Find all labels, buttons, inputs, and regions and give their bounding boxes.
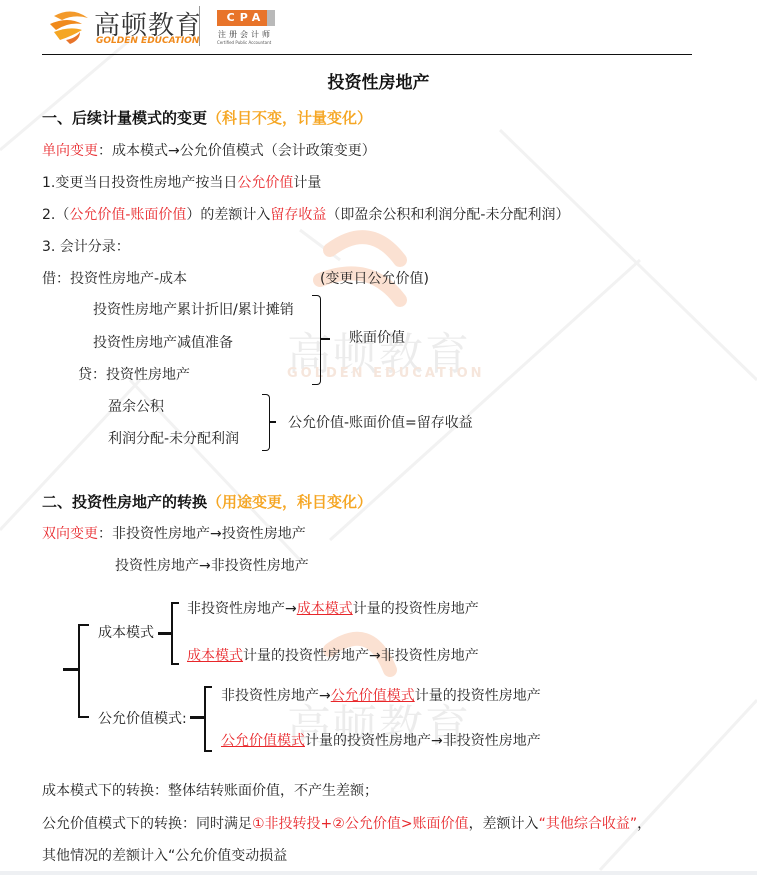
row-highlight: 公允价值模式	[221, 733, 305, 749]
summary-other: 其他情况的差额计入“公允价值变动损益	[42, 847, 287, 865]
tree-root-stem	[63, 668, 78, 671]
cost-mode-label: 成本模式	[98, 624, 154, 642]
summary-highlight1: ①非投转投+②公允价值>账面价值	[252, 816, 469, 832]
fair-mode-row2: 公允价值模式计量的投资性房地产→非投资性房地产	[221, 732, 541, 750]
tree-root-bracket	[78, 624, 89, 718]
section1-heading-note: （科目不变，计量变化）	[207, 109, 372, 127]
summary-highlight2: “其他综合收益”	[539, 816, 638, 832]
page-bottom-edge	[0, 871, 757, 875]
row-highlight: 公允价值模式	[331, 688, 415, 704]
direction-label: 单向变更	[42, 143, 98, 159]
cost-mode-row2: 成本模式计量的投资性房地产→非投资性房地产	[187, 647, 479, 665]
brace-tick	[269, 421, 276, 423]
entry-line-a: 投资性房地产累计折旧/累计摊销	[93, 301, 294, 319]
entry-debit: 借：投资性房地产-成本	[42, 270, 187, 288]
item2-highlight2: 留存收益	[270, 207, 326, 223]
section1-item3: 3. 会计分录：	[42, 238, 130, 256]
section1-heading: 一、后续计量模式的变更（科目不变，计量变化）	[42, 108, 372, 128]
entry-line-c: 盈余公积	[108, 398, 164, 416]
entry-line-b: 投资性房地产减值准备	[93, 334, 233, 352]
cost-mode-connector	[158, 632, 172, 635]
section2-direction-line2: 投资性房地产→非投资性房地产	[115, 557, 309, 575]
cpa-label-cn: 注册会计师	[218, 29, 273, 40]
section2-heading-note: （用途变更，科目变化）	[207, 493, 372, 511]
summary-prefix: 公允价值模式下的转换：同时满足	[42, 816, 252, 832]
header-rule	[42, 54, 692, 55]
fair-mode-row1: 非投资性房地产→公允价值模式计量的投资性房地产	[221, 687, 541, 705]
item2-highlight1: 公允价值-账面价值	[69, 207, 186, 223]
item1-highlight: 公允价值	[237, 175, 293, 191]
row-suffix: 计量的投资性房地产→非投资性房地产	[305, 733, 541, 749]
row-highlight: 成本模式	[297, 601, 353, 617]
cpa-label-en: Certified Public Accountant	[217, 40, 271, 45]
row-suffix: 计量的投资性房地产	[415, 688, 541, 704]
item2-suffix: （即盈余公积和利润分配-未分配利润）	[326, 207, 569, 223]
cost-mode-row1: 非投资性房地产→成本模式计量的投资性房地产	[187, 600, 479, 618]
summary-suffix: ，	[637, 816, 651, 832]
section1-item1: 1.变更当日投资性房地产按当日公允价值计量	[42, 174, 321, 192]
section1-item2: 2.（公允价值-账面价值）的差额计入留存收益（即盈余公积和利润分配-未分配利润）	[42, 206, 569, 224]
row-prefix: 非投资性房地产→	[187, 601, 297, 617]
entry-credit: 贷：投资性房地产	[78, 366, 190, 384]
row-highlight: 成本模式	[187, 648, 243, 664]
brace2-label: 公允价值-账面价值=留存收益	[288, 414, 473, 432]
row-prefix: 非投资性房地产→	[221, 688, 331, 704]
summary-cost-mode: 成本模式下的转换：整体结转账面价值，不产生差额；	[42, 782, 378, 800]
item1-prefix: 1.变更当日投资性房地产按当日	[42, 175, 237, 191]
item2-mid: ）的差额计入	[186, 207, 270, 223]
section2-heading-text: 二、投资性房地产的转换	[42, 493, 207, 511]
row-suffix: 计量的投资性房地产	[353, 601, 479, 617]
brace-book-value	[312, 295, 321, 385]
fair-mode-label: 公允价值模式:	[98, 710, 187, 728]
golden-education-logo-icon	[46, 6, 92, 46]
direction-label: 双向变更	[42, 526, 98, 542]
item1-suffix: 计量	[293, 175, 321, 191]
cost-mode-bracket	[171, 602, 179, 665]
summary-fair-mode: 公允价值模式下的转换：同时满足①非投转投+②公允价值>账面价值，差额计入“其他综…	[42, 815, 651, 833]
fair-mode-bracket	[204, 686, 212, 752]
cpa-badge: CPA	[217, 10, 275, 26]
direction-text: ：非投资性房地产→投资性房地产	[98, 526, 306, 542]
item2-prefix: 2.（	[42, 207, 69, 223]
brace1-label: 账面价值	[349, 329, 405, 347]
entry-debit-note: (变更日公允价值)	[320, 270, 429, 288]
page-title: 投资性房地产	[0, 68, 757, 93]
brace-retained-earnings	[262, 394, 270, 451]
header-divider	[199, 6, 200, 46]
row-suffix: 计量的投资性房地产→非投资性房地产	[243, 648, 479, 664]
summary-mid: ，差额计入	[469, 816, 539, 832]
direction-text: ：成本模式→公允价值模式（会计政策变更）	[98, 143, 376, 159]
section2-heading: 二、投资性房地产的转换（用途变更，科目变化）	[42, 492, 372, 512]
section2-direction-line: 双向变更：非投资性房地产→投资性房地产	[42, 525, 306, 543]
entry-line-d: 利润分配-未分配利润	[108, 430, 239, 448]
brand-name-en: GOLDEN EDUCATION	[96, 36, 199, 46]
section1-direction-line: 单向变更：成本模式→公允价值模式（会计政策变更）	[42, 142, 376, 160]
brace-tick	[320, 338, 330, 340]
fair-mode-connector	[190, 716, 204, 719]
section1-heading-text: 一、后续计量模式的变更	[42, 109, 207, 127]
